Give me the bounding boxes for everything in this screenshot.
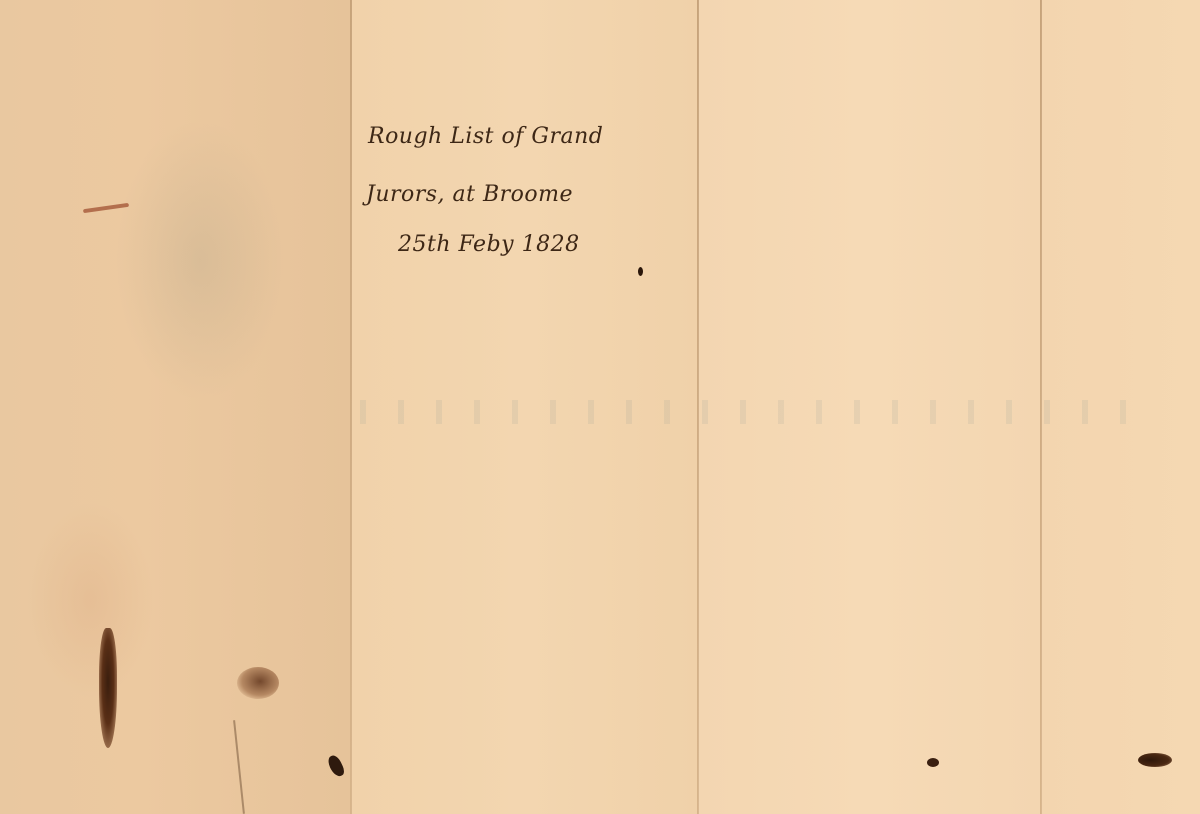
ink-spot — [638, 267, 643, 276]
ink-spot — [927, 758, 939, 767]
manuscript-sheet: Rough List of Grand Jurors, at Broome 25… — [0, 0, 1200, 814]
ink-drip-stain — [99, 628, 117, 748]
docket-line-date: 25th Feby 1828 — [398, 234, 580, 256]
ink-blot-stain — [237, 667, 279, 699]
bleed-through-text — [360, 400, 1140, 424]
docket-line-place: Jurors, at Broome — [366, 184, 573, 206]
ink-spot — [1138, 753, 1172, 767]
fold-line — [350, 0, 352, 814]
docket-line-title: Rough List of Grand — [368, 126, 603, 148]
panel-left — [0, 0, 350, 814]
